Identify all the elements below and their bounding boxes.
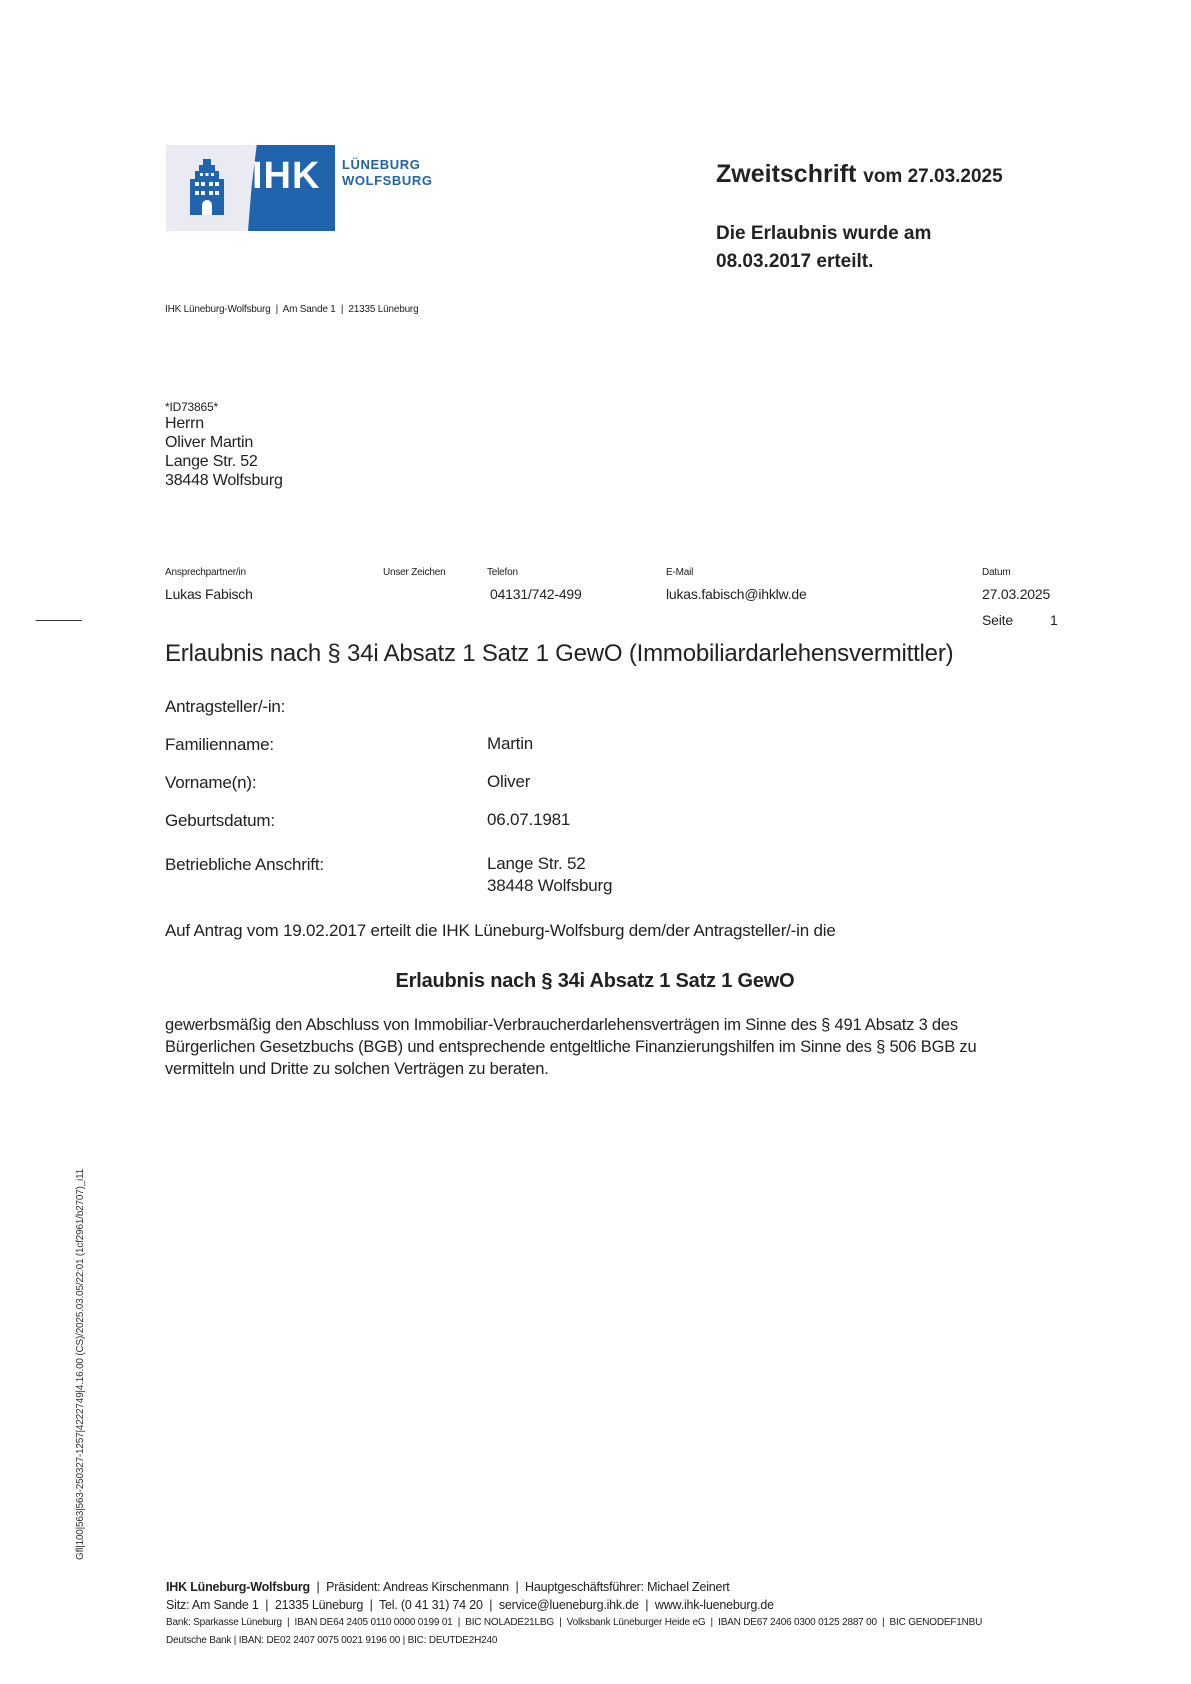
applicant-heading: Antragsteller/-in: [165,697,285,717]
field-value-business-address: Lange Str. 52 38448 Wolfsburg [487,853,612,897]
town-house-icon [190,159,224,220]
logo-line-2: WOLFSBURG [342,173,433,189]
date-value: 27.03.2025 [982,586,1050,602]
recipient-street: Lange Str. 52 [165,452,283,471]
recipient-id: *ID73865* [165,400,283,414]
business-city: 38448 Wolfsburg [487,875,612,897]
footer-org: IHK Lüneburg-Wolfsburg [166,1580,310,1594]
document-title: Erlaubnis nach § 34i Absatz 1 Satz 1 Gew… [165,640,953,668]
logo-mark: IHK [252,155,320,198]
business-street: Lange Str. 52 [487,853,612,875]
recipient-name: Oliver Martin [165,433,283,452]
logo-line-1: LÜNEBURG [342,157,433,173]
field-label-birth-date: Geburtsdatum: [165,811,275,831]
recipient-city: 38448 Wolfsburg [165,471,283,490]
email-label: E-Mail [666,567,693,578]
recipient-salutation: Herrn [165,414,283,433]
phone-value: 04131/742-499 [490,586,582,602]
permit-body: gewerbsmäßig den Abschluss von Immobilia… [165,1014,1035,1080]
logo-region-text: LÜNEBURG WOLFSBURG [342,157,433,189]
permit-heading: Erlaubnis nach § 34i Absatz 1 Satz 1 Gew… [165,970,1025,993]
phone-label: Telefon [487,567,518,578]
side-reference-code: Gfl|100|563|563-250327-1257|4222749|4.16… [75,1169,86,1560]
field-value-first-name: Oliver [487,771,530,793]
intro-paragraph: Auf Antrag vom 19.02.2017 erteilt die IH… [165,920,836,942]
email-value: lukas.fabisch@ihklw.de [666,586,807,602]
footer-management: | Präsident: Andreas Kirschenmann | Haup… [310,1580,730,1594]
field-value-family-name: Martin [487,733,533,755]
field-label-business-address: Betriebliche Anschrift: [165,855,324,875]
copy-date: vom 27.03.2025 [863,166,1002,187]
footer-line-4: Deutsche Bank | IBAN: DE02 2407 0075 002… [166,1632,982,1650]
footer-line-3: Bank: Sparkasse Lüneburg | IBAN DE64 240… [166,1614,982,1632]
page-label: Seite [982,612,1013,628]
footer-line-1: IHK Lüneburg-Wolfsburg | Präsident: Andr… [166,1578,982,1596]
contact-value: Lukas Fabisch [165,586,253,602]
reference-label: Unser Zeichen [383,567,445,578]
field-label-first-name: Vorname(n): [165,773,256,793]
field-value-birth-date: 06.07.1981 [487,809,570,831]
granted-line-1: Die Erlaubnis wurde am [716,220,931,248]
copy-title: Zweitschrift vom 27.03.2025 [716,160,1003,189]
fold-mark [36,620,82,621]
footer-line-2: Sitz: Am Sande 1 | 21335 Lüneburg | Tel.… [166,1596,982,1614]
page-number: 1 [1050,612,1058,628]
footer: IHK Lüneburg-Wolfsburg | Präsident: Andr… [166,1578,982,1650]
date-label: Datum [982,567,1010,578]
granted-line-2: 08.03.2017 erteilt. [716,248,931,276]
contact-label: Ansprechpartner/in [165,567,246,578]
field-label-family-name: Familienname: [165,735,274,755]
granted-note: Die Erlaubnis wurde am 08.03.2017 erteil… [716,220,931,276]
sender-line: IHK Lüneburg-Wolfsburg | Am Sande 1 | 21… [165,304,418,315]
copy-label: Zweitschrift [716,160,856,188]
recipient-address: *ID73865* Herrn Oliver Martin Lange Str.… [165,400,283,490]
ihk-logo: IHK [166,145,335,231]
